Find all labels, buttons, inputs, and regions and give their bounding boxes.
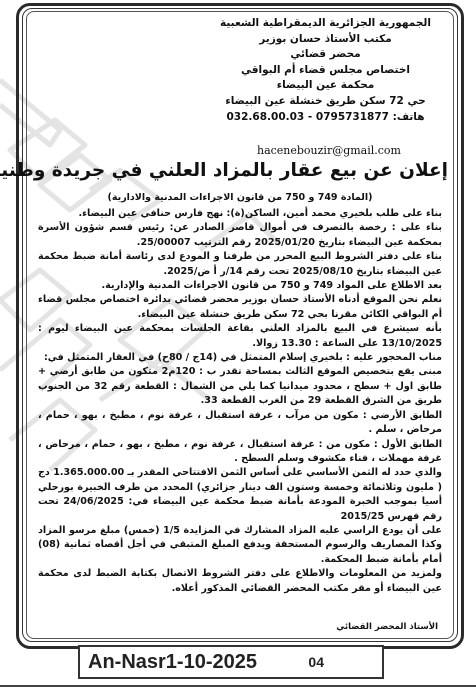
- header-address: حي 72 سكن طريق خنشلة عين البيضاء: [203, 94, 448, 110]
- paragraph-permit: بناء على : رخصة بالتصرف في أموال قاصر ال…: [38, 221, 442, 250]
- notice-content: الجمهورية الجزائرية الديمقراطية الشعبية …: [32, 14, 448, 634]
- paragraph-price: والذي حدد له الثمن الأساسي على أساس الثم…: [38, 466, 442, 524]
- paragraph-deposit: على أن يودع الراسي عليه المزاد المشارك ف…: [38, 524, 442, 567]
- paragraph-announcement: نعلم نحن الموقع أدناه الأستاذ حسان بوزير…: [38, 293, 442, 322]
- paragraph-first-floor: الطابق الأول : مكون من : غرفة استقبال ، …: [38, 438, 442, 467]
- signature: الأستاذ المحضر القضائي: [336, 622, 438, 632]
- paragraph-auction-date: بأنه سيشرع في البيع بالمزاد العلني بقاعة…: [38, 322, 442, 351]
- header-court: محكمة عين البيضاء: [203, 78, 448, 94]
- header-email: hacenebouzir@gmail.com: [214, 144, 444, 157]
- page-number: 04: [308, 654, 324, 670]
- notice-subtitle: (المادة 749 و 750 من قانون الاجراءات الم…: [32, 192, 448, 203]
- paragraph-property: مبنى يقع بتخصيص الموقع الثالث بمساحة تقد…: [38, 365, 442, 408]
- paragraph-request: بناء على طلب بلخيري محمد أمين، الساكن(ة)…: [38, 207, 442, 221]
- header-profession: محضر قضائي: [203, 47, 448, 63]
- paragraph-conditions-book: بناء على دفتر الشروط البيع المحرر من طرف…: [38, 250, 442, 279]
- header-phone: هاتف: 0795731877 - 032.68.00.03: [203, 110, 448, 126]
- paragraph-articles: بعد الاطلاع على المواد 749 و 750 من قانو…: [38, 279, 442, 293]
- header-republic: الجمهورية الجزائرية الديمقراطية الشعبية: [203, 16, 448, 32]
- header-office: مكتب الأستاذ حسان بوزير: [203, 32, 448, 48]
- office-header: الجمهورية الجزائرية الديمقراطية الشعبية …: [203, 16, 448, 125]
- publication-footer: An-Nasr1-10-2025 04: [78, 645, 384, 679]
- paragraph-contact: ولمزيد من المعلومات والاطلاع على دفتر ال…: [38, 567, 442, 596]
- paragraph-share: مناب المحجور عليه : بلخيري إسلام المتمثل…: [38, 351, 442, 365]
- bottom-rule: [0, 685, 476, 687]
- notice-title: إعلان عن بيع عقار بالمزاد العلني في جريد…: [32, 160, 448, 181]
- notice-body: بناء على طلب بلخيري محمد أمين، الساكن(ة)…: [38, 207, 442, 596]
- header-jurisdiction: اختصاص مجلس قضاء أم البواقي: [203, 63, 448, 79]
- publication-source: An-Nasr1-10-2025: [88, 651, 257, 674]
- paragraph-ground-floor: الطابق الأرضي : مكون من مرآب ، غرفة استق…: [38, 409, 442, 438]
